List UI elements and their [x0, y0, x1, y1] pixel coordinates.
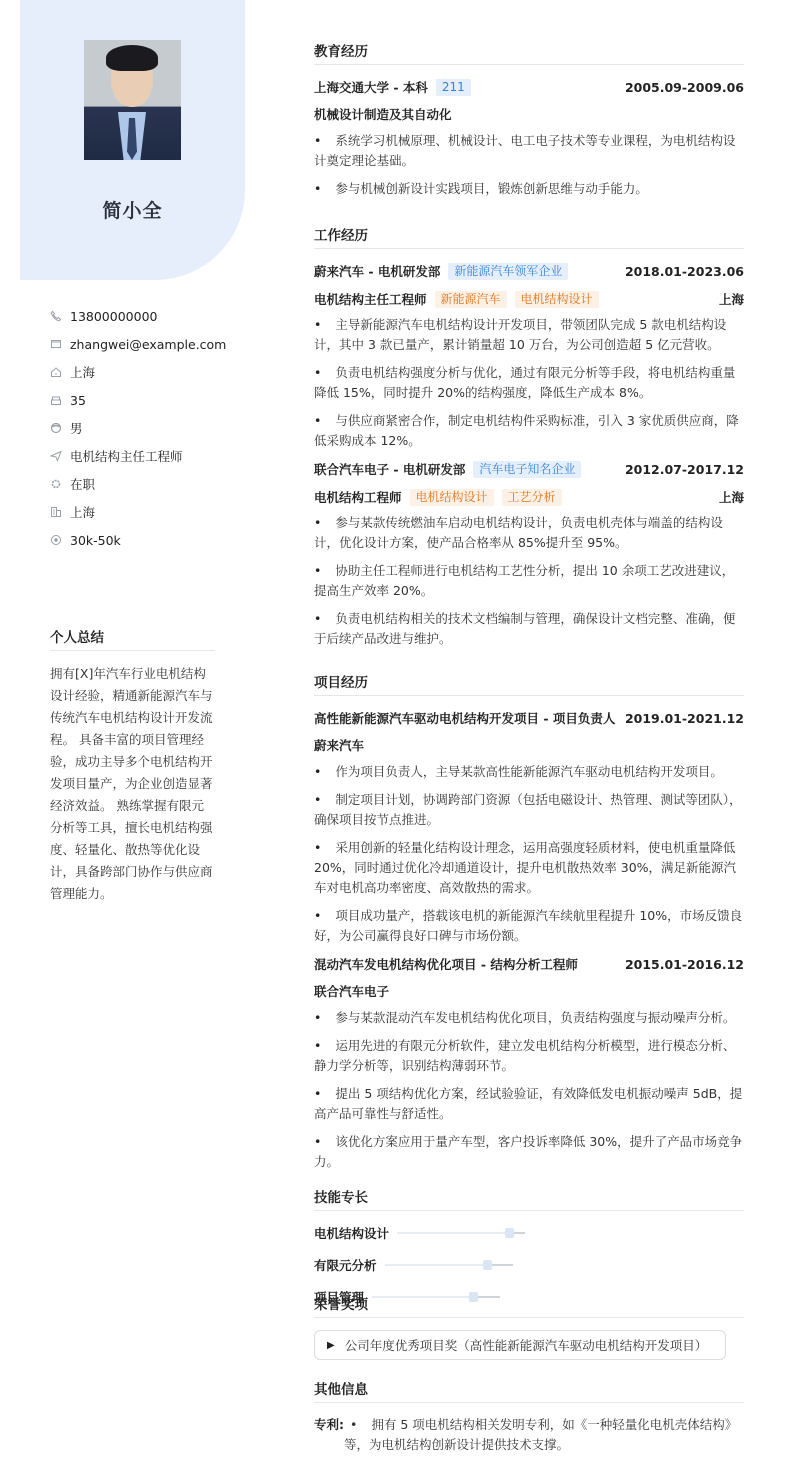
other-section: 其他信息 专利: •拥有 5 项电机结构相关发明专利，如《一种轻量化电机壳体结构…	[314, 1378, 744, 1455]
avatar	[84, 40, 181, 160]
bullet: 负责电机结构强度分析与优化，通过有限元分析等手段，将电机结构重量降低 15%，同…	[314, 363, 744, 403]
bullet: 负责电机结构相关的技术文档编制与管理，确保设计文档完整、准确，便于后续产品改进与…	[314, 609, 744, 649]
work-entry: 联合汽车电子 - 电机研发部汽车电子知名企业 2012.07-2017.12 电…	[314, 459, 744, 649]
bullet: 参与机械创新设计实践项目，锻炼创新思维与动手能力。	[314, 179, 744, 199]
skill-name: 有限元分析	[314, 1256, 377, 1274]
gender-icon	[50, 422, 62, 434]
work-period: 2018.01-2023.06	[625, 264, 744, 279]
work-entry: 蔚来汽车 - 电机研发部新能源汽车领军企业 2018.01-2023.06 电机…	[314, 261, 744, 451]
contact-city: 上海	[50, 498, 250, 526]
phone-icon	[50, 310, 62, 322]
contact-gender: 男	[50, 414, 250, 442]
skill-tag: 电机结构设计	[515, 291, 599, 308]
bullet: 采用创新的轻量化结构设计理念，运用高强度轻质材料，使电机重量降低 20%，同时通…	[314, 838, 744, 898]
contact-age: 35	[50, 386, 250, 414]
skill-tag: 工艺分析	[502, 489, 562, 506]
skills-title: 技能专长	[314, 1186, 744, 1211]
contact-list: 13800000000 zhangwei@example.com 上海 35 男…	[50, 302, 250, 554]
work-section: 工作经历 蔚来汽车 - 电机研发部新能源汽车领军企业 2018.01-2023.…	[314, 224, 744, 657]
profile-card: 简小全	[20, 0, 245, 280]
company-tag: 汽车电子知名企业	[473, 461, 581, 478]
awards-title: 荣誉奖项	[314, 1293, 744, 1318]
education-section: 教育经历 上海交通大学 - 本科211 2005.09-2009.06 机械设计…	[314, 40, 744, 207]
patent-label: 专利:	[314, 1415, 344, 1455]
award-item[interactable]: ▶ 公司年度优秀项目奖（高性能新能源汽车驱动电机结构开发项目）	[314, 1330, 726, 1360]
project-entry: 混动汽车发电机结构优化项目 - 结构分析工程师 2015.01-2016.12 …	[314, 954, 744, 1172]
patent-text: 拥有 5 项电机结构相关发明专利，如《一种轻量化电机壳体结构》等，为电机结构创新…	[344, 1417, 737, 1452]
home-icon	[50, 366, 62, 378]
bullet: 主导新能源汽车电机结构设计开发项目，带领团队完成 5 款电机结构设计，其中 3 …	[314, 315, 744, 355]
summary-title: 个人总结	[50, 626, 215, 651]
project-company: 联合汽车电子	[314, 982, 744, 1002]
contact-value: 上海	[70, 363, 95, 381]
award-label: 公司年度优秀项目奖（高性能新能源汽车驱动电机结构开发项目）	[345, 1336, 708, 1354]
other-title: 其他信息	[314, 1378, 744, 1403]
work-location: 上海	[719, 290, 744, 308]
bullet: 协助主任工程师进行电机结构工艺性分析，提出 10 余项工艺改进建议，提高生产效率…	[314, 561, 744, 601]
work-period: 2012.07-2017.12	[625, 462, 744, 477]
contact-value: zhangwei@example.com	[70, 337, 226, 352]
education-entry: 上海交通大学 - 本科211 2005.09-2009.06 机械设计制造及其自…	[314, 77, 744, 199]
skill-tag: 电机结构设计	[410, 489, 494, 506]
bullet: 系统学习机械原理、机械设计、电工电子技术等专业课程，为电机结构设计奠定理论基础。	[314, 131, 744, 171]
summary-text: 拥有[X]年汽车行业电机结构设计经验，精通新能源汽车与传统汽车电机结构设计开发流…	[50, 663, 215, 905]
project-company: 蔚来汽车	[314, 736, 744, 756]
contact-position: 电机结构主任工程师	[50, 442, 250, 470]
project-name: 混动汽车发电机结构优化项目 - 结构分析工程师	[314, 955, 578, 973]
skill-slider-thumb[interactable]	[483, 1260, 492, 1270]
bullet: 该优化方案应用于量产车型，客户投诉率降低 30%，提升了产品市场竞争力。	[314, 1132, 744, 1172]
building-icon	[50, 506, 62, 518]
contact-location: 上海	[50, 358, 250, 386]
patent-row: 专利: •拥有 5 项电机结构相关发明专利，如《一种轻量化电机壳体结构》等，为电…	[314, 1415, 744, 1455]
awards-section: 荣誉奖项 ▶ 公司年度优秀项目奖（高性能新能源汽车驱动电机结构开发项目）	[314, 1293, 744, 1376]
mail-icon	[50, 338, 62, 350]
bullet: 提出 5 项结构优化方案，经试验验证，有效降低发电机振动噪声 5dB，提高产品可…	[314, 1084, 744, 1124]
skill-name: 电机结构设计	[314, 1224, 389, 1242]
company-name: 蔚来汽车 - 电机研发部	[314, 262, 440, 280]
contact-value: 电机结构主任工程师	[70, 447, 183, 465]
project-period: 2019.01-2021.12	[625, 711, 744, 726]
projects-section: 项目经历 高性能新能源汽车驱动电机结构开发项目 - 项目负责人 2019.01-…	[314, 671, 744, 1180]
send-icon	[50, 450, 62, 462]
skill-slider-thumb[interactable]	[505, 1228, 514, 1238]
bullet: 参与某款混动汽车发电机结构优化项目，负责结构强度与振动噪声分析。	[314, 1008, 744, 1028]
school-tag: 211	[436, 79, 471, 96]
skill-slider[interactable]	[397, 1232, 525, 1234]
cake-icon	[50, 394, 62, 406]
contact-salary: 30k-50k	[50, 526, 250, 554]
position: 电机结构主任工程师	[314, 290, 427, 308]
projects-title: 项目经历	[314, 671, 744, 696]
education-period: 2005.09-2009.06	[625, 80, 744, 95]
status-icon	[50, 478, 62, 490]
bullet: 项目成功量产，搭载该电机的新能源汽车续航里程提升 10%，市场反馈良好，为公司赢…	[314, 906, 744, 946]
skill-tag: 新能源汽车	[435, 291, 507, 308]
project-entry: 高性能新能源汽车驱动电机结构开发项目 - 项目负责人 2019.01-2021.…	[314, 708, 744, 946]
contact-value: 男	[70, 419, 83, 437]
contact-value: 35	[70, 393, 86, 408]
skill-item: 电机结构设计	[314, 1223, 534, 1243]
bullet: 与供应商紧密合作，制定电机结构件采购标准，引入 3 家优质供应商，降低采购成本 …	[314, 411, 744, 451]
company-tag: 新能源汽车领军企业	[448, 263, 568, 280]
money-icon	[50, 534, 62, 546]
expand-triangle-icon[interactable]: ▶	[327, 1340, 335, 1351]
summary-section: 个人总结 拥有[X]年汽车行业电机结构设计经验，精通新能源汽车与传统汽车电机结构…	[50, 626, 215, 905]
skill-item: 有限元分析	[314, 1255, 534, 1275]
work-title: 工作经历	[314, 224, 744, 249]
candidate-name: 简小全	[20, 196, 245, 223]
contact-phone: 13800000000	[50, 302, 250, 330]
contact-status: 在职	[50, 470, 250, 498]
bullet: 参与某款传统燃油车启动电机结构设计，负责电机壳体与端盖的结构设计，优化设计方案，…	[314, 513, 744, 553]
contact-value: 上海	[70, 503, 95, 521]
position: 电机结构工程师	[314, 488, 402, 506]
bullet: 作为项目负责人，主导某款高性能新能源汽车驱动电机结构开发项目。	[314, 762, 744, 782]
contact-value: 在职	[70, 475, 95, 493]
project-name: 高性能新能源汽车驱动电机结构开发项目 - 项目负责人	[314, 709, 615, 727]
contact-value: 30k-50k	[70, 533, 121, 548]
bullet: 制定项目计划，协调跨部门资源（包括电磁设计、热管理、测试等团队），确保项目按节点…	[314, 790, 744, 830]
company-name: 联合汽车电子 - 电机研发部	[314, 460, 465, 478]
education-title: 教育经历	[314, 40, 744, 65]
work-location: 上海	[719, 488, 744, 506]
sidebar: 简小全 13800000000 zhangwei@example.com 上海 …	[0, 0, 265, 1462]
contact-value: 13800000000	[70, 309, 157, 324]
project-period: 2015.01-2016.12	[625, 957, 744, 972]
major: 机械设计制造及其自动化	[314, 105, 744, 125]
contact-email: zhangwei@example.com	[50, 330, 250, 358]
bullet: 运用先进的有限元分析软件，建立发电机结构分析模型，进行模态分析、静力学分析等，识…	[314, 1036, 744, 1076]
school-name: 上海交通大学 - 本科	[314, 78, 428, 96]
skill-slider[interactable]	[385, 1264, 513, 1266]
